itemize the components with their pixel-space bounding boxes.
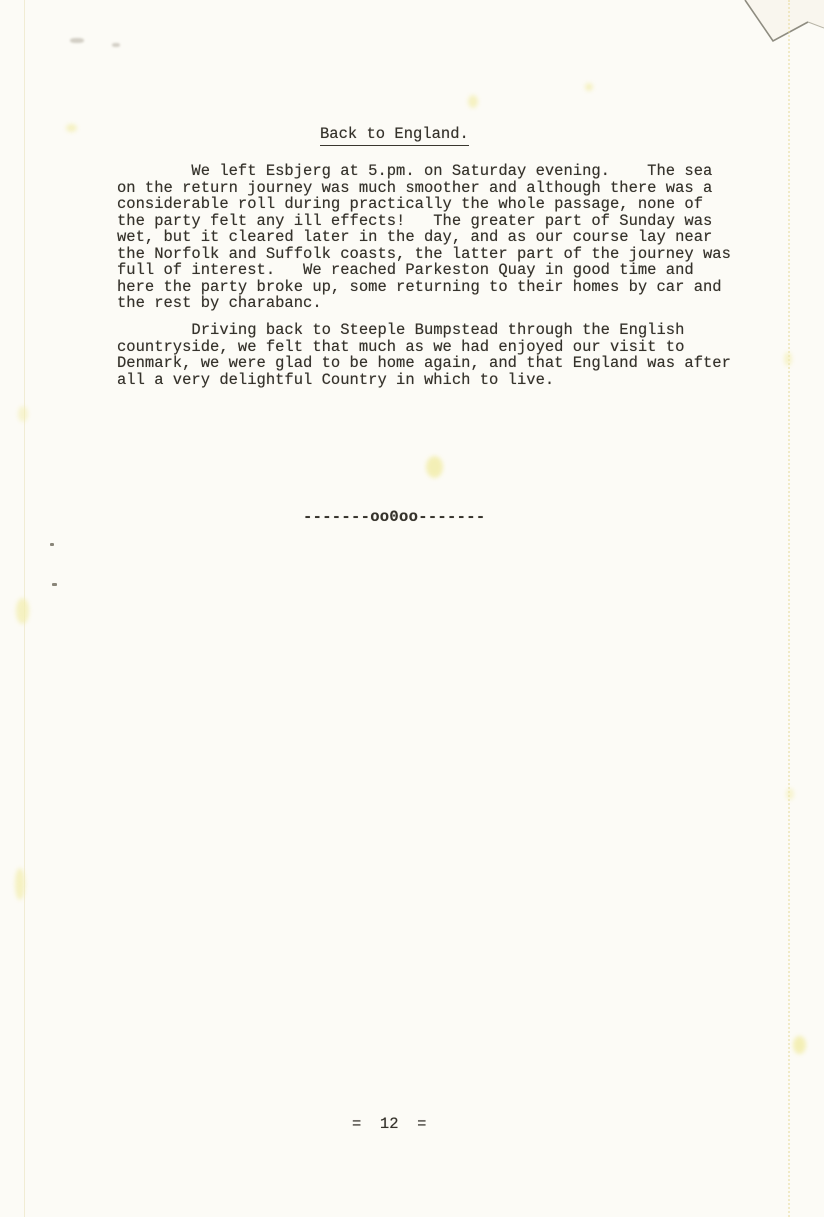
paper-stain <box>16 598 29 624</box>
pencil-smudge <box>70 38 84 43</box>
ink-speck <box>52 583 57 586</box>
paper-stain <box>468 95 478 108</box>
right-page-edge <box>788 0 790 1217</box>
page-corner-fold <box>734 0 824 50</box>
page-number: = 12 = <box>352 1116 426 1133</box>
paper-stain <box>585 83 593 91</box>
paper-stain <box>786 788 794 800</box>
paper-stain <box>15 868 25 900</box>
paper-stain <box>793 1036 806 1054</box>
section-divider: -------oo0oo------- <box>303 509 485 526</box>
paper-stain <box>784 352 792 366</box>
document-title: Back to England. <box>320 126 469 146</box>
pencil-smudge <box>112 43 120 47</box>
paper-stain <box>426 456 443 478</box>
paper-stain <box>18 406 28 422</box>
paragraph-sea-journey: We left Esbjerg at 5.pm. on Saturday eve… <box>117 163 731 312</box>
ink-speck <box>50 543 54 546</box>
paragraph-driving-home: Driving back to Steeple Bumpstead throug… <box>117 322 731 388</box>
paper-stain <box>66 124 77 132</box>
left-binding-edge <box>24 0 25 1217</box>
scanned-document-page: Back to England. We left Esbjerg at 5.pm… <box>0 0 824 1217</box>
